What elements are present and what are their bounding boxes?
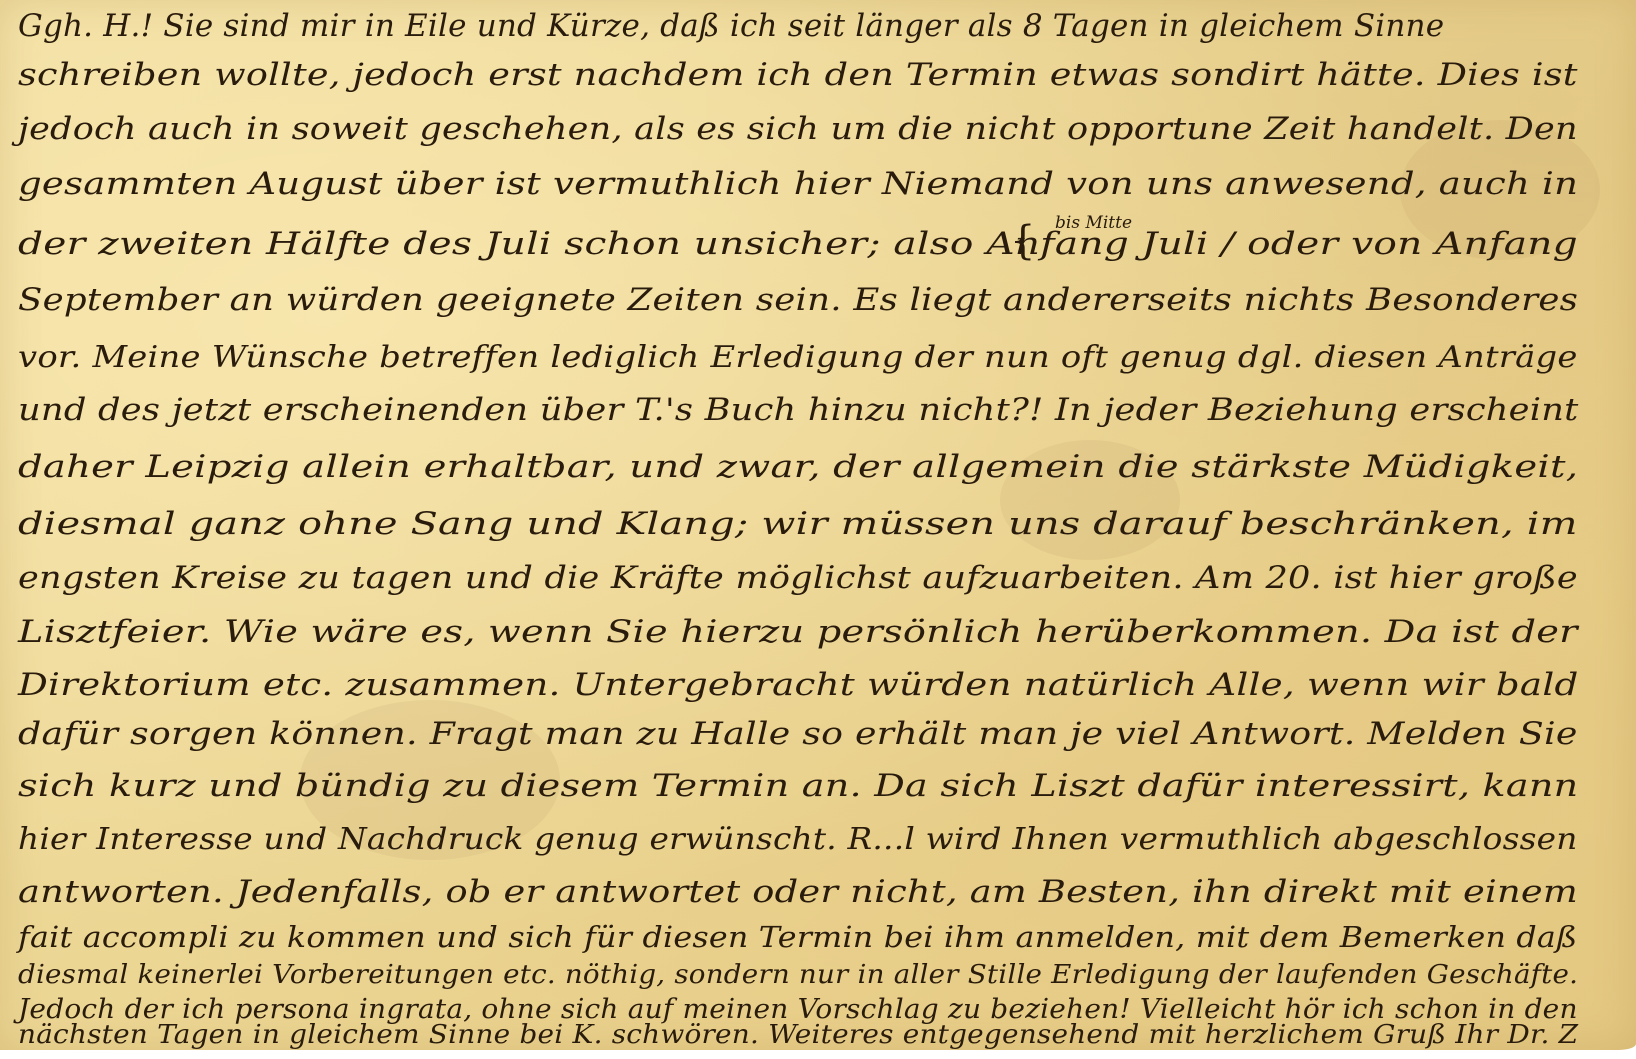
letter-line: Direktorium etc. zusammen. Untergebracht… (18, 667, 1579, 703)
letter-line: diesmal keinerlei Vorbereitungen etc. nö… (18, 960, 1578, 990)
letter-line: September an würden geeignete Zeiten sei… (18, 282, 1578, 318)
letter-line: hier Interesse und Nachdruck genug erwün… (18, 822, 1578, 857)
letter-line: schreiben wollte, jedoch erst nachdem ic… (18, 57, 1578, 93)
letter-line: fait accompli zu kommen und sich für die… (18, 920, 1577, 954)
signature-line: nächsten Tagen in gleichem Sinne bei K. … (18, 1020, 1578, 1050)
letter-line: jedoch auch in soweit geschehen, als es … (18, 111, 1578, 147)
letter-line: Ggh. H.! Sie sind mir in Eile und Kürze,… (18, 8, 1578, 44)
letter-line: gesammten August über ist vermuthlich hi… (18, 166, 1578, 202)
letter-line: antworten. Jedenfalls, ob er antwortet o… (18, 874, 1578, 910)
letter-line: Lisztfeier. Wie wäre es, wenn Sie hierzu… (18, 614, 1578, 650)
letter-line: engsten Kreise zu tagen und die Kräfte m… (18, 560, 1578, 596)
letter-line: und des jetzt erscheinenden über T.'s Bu… (18, 392, 1579, 428)
letter-paper: Ggh. H.! Sie sind mir in Eile und Kürze,… (0, 0, 1636, 1050)
letter-line: der zweiten Hälfte des Juli schon unsich… (18, 226, 1578, 262)
letter-line: sich kurz und bündig zu diesem Termin an… (18, 768, 1578, 804)
letter-line: vor. Meine Wünsche betreffen lediglich E… (18, 340, 1578, 375)
letter-line: daher Leipzig allein erhaltbar, und zwar… (18, 449, 1578, 485)
letter-line: dafür sorgen können. Fragt man zu Halle … (18, 716, 1578, 752)
letter-line: diesmal ganz ohne Sang und Klang; wir mü… (18, 506, 1578, 542)
